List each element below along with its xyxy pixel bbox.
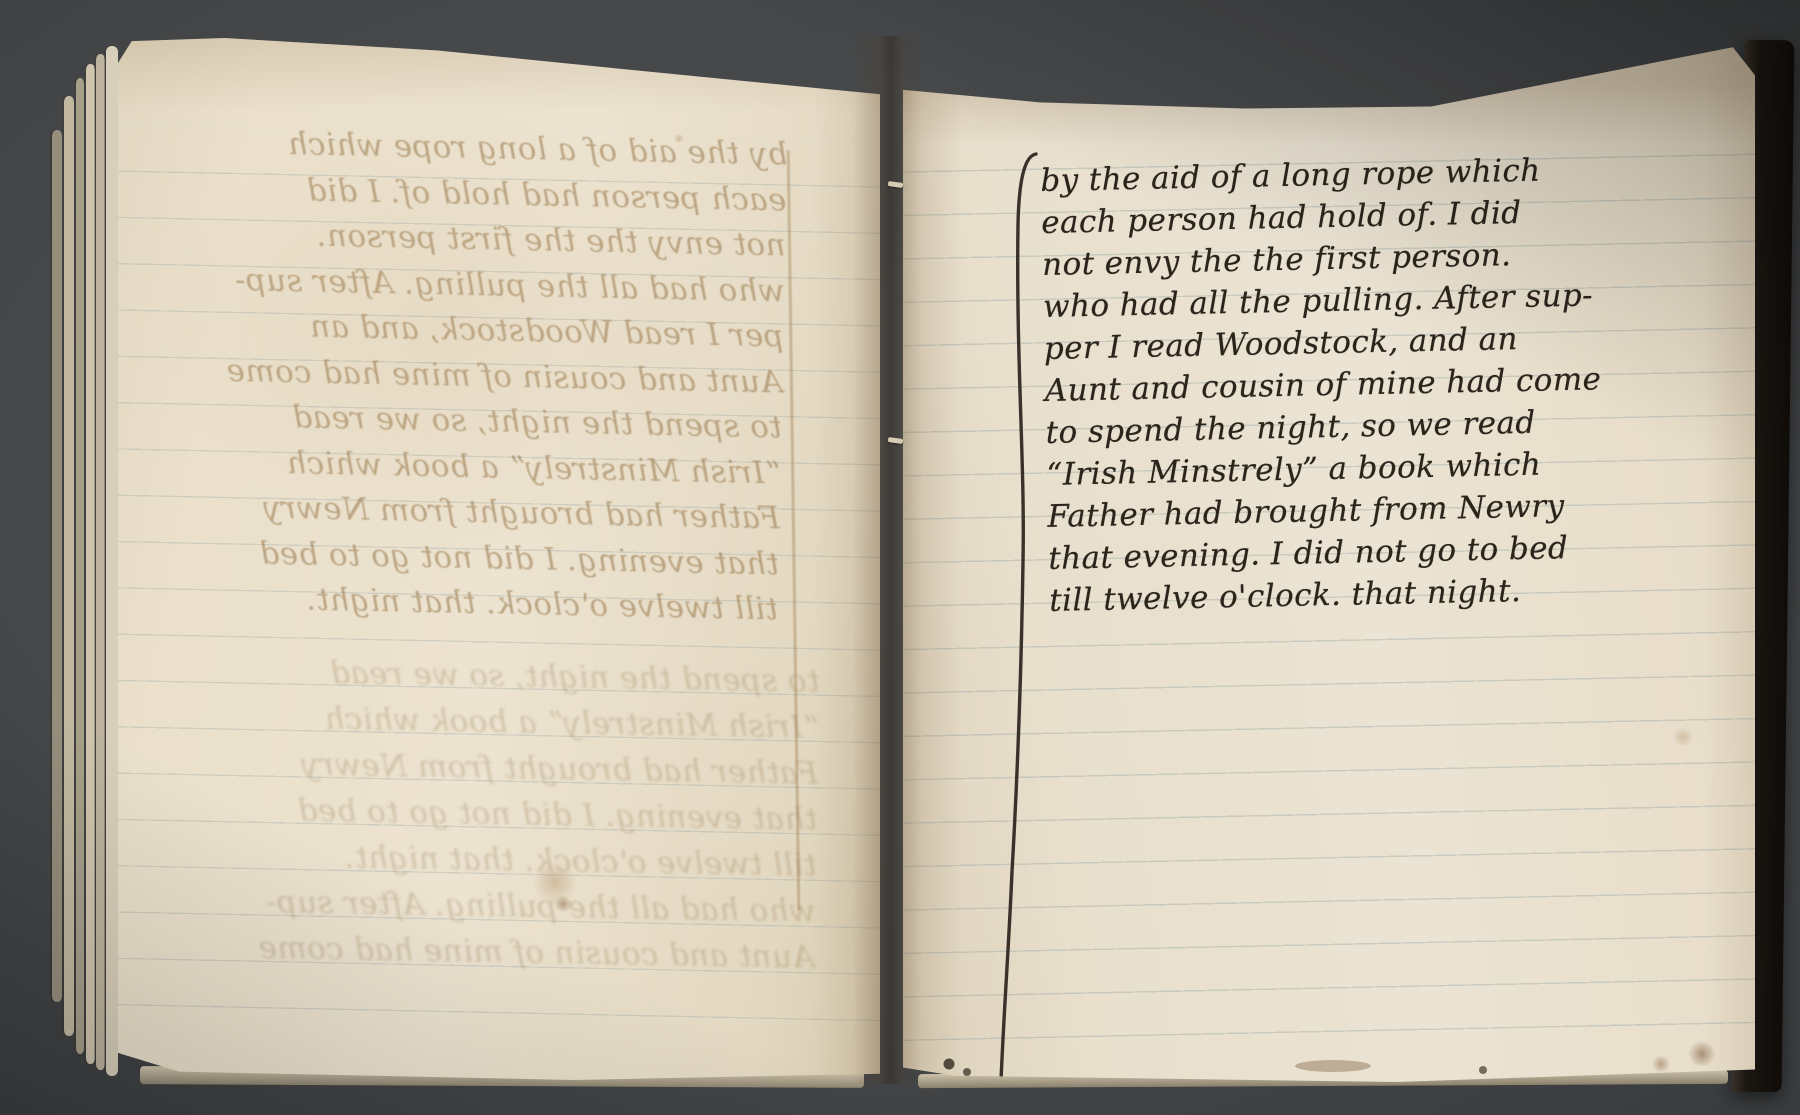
photograph-background: by the aid of a long rope which each per… [0, 0, 1800, 1115]
ghost-text-block: by the aid of a long rope which each per… [158, 120, 788, 633]
page-edge [52, 130, 62, 1002]
ink-smudge [944, 1059, 955, 1070]
page-edge [76, 78, 84, 1054]
paper-stain [1673, 728, 1693, 746]
ink-smudge [1479, 1066, 1487, 1074]
paper-stain [1651, 1056, 1671, 1072]
left-page: by the aid of a long rope which each per… [118, 38, 880, 1080]
page-edge [106, 46, 118, 1076]
binding-stitch [888, 437, 904, 444]
right-page: by the aid of a long rope which each per… [903, 42, 1755, 1082]
ink-smudge [963, 1068, 971, 1076]
page-edge [96, 54, 105, 1070]
faint-illegible-lines: to spend the night, so we read “Irish Mi… [174, 647, 820, 980]
page-edge [64, 96, 74, 1036]
ink-smudge [1295, 1060, 1371, 1072]
page-edge [86, 64, 95, 1064]
diary-entry-text: by the aid of a long rope which each per… [1040, 147, 1670, 622]
faint-illegible-line: Aunt and cousin of mine had come [174, 923, 815, 980]
binding-stitch [888, 181, 904, 188]
paper-stain [1687, 1042, 1717, 1066]
